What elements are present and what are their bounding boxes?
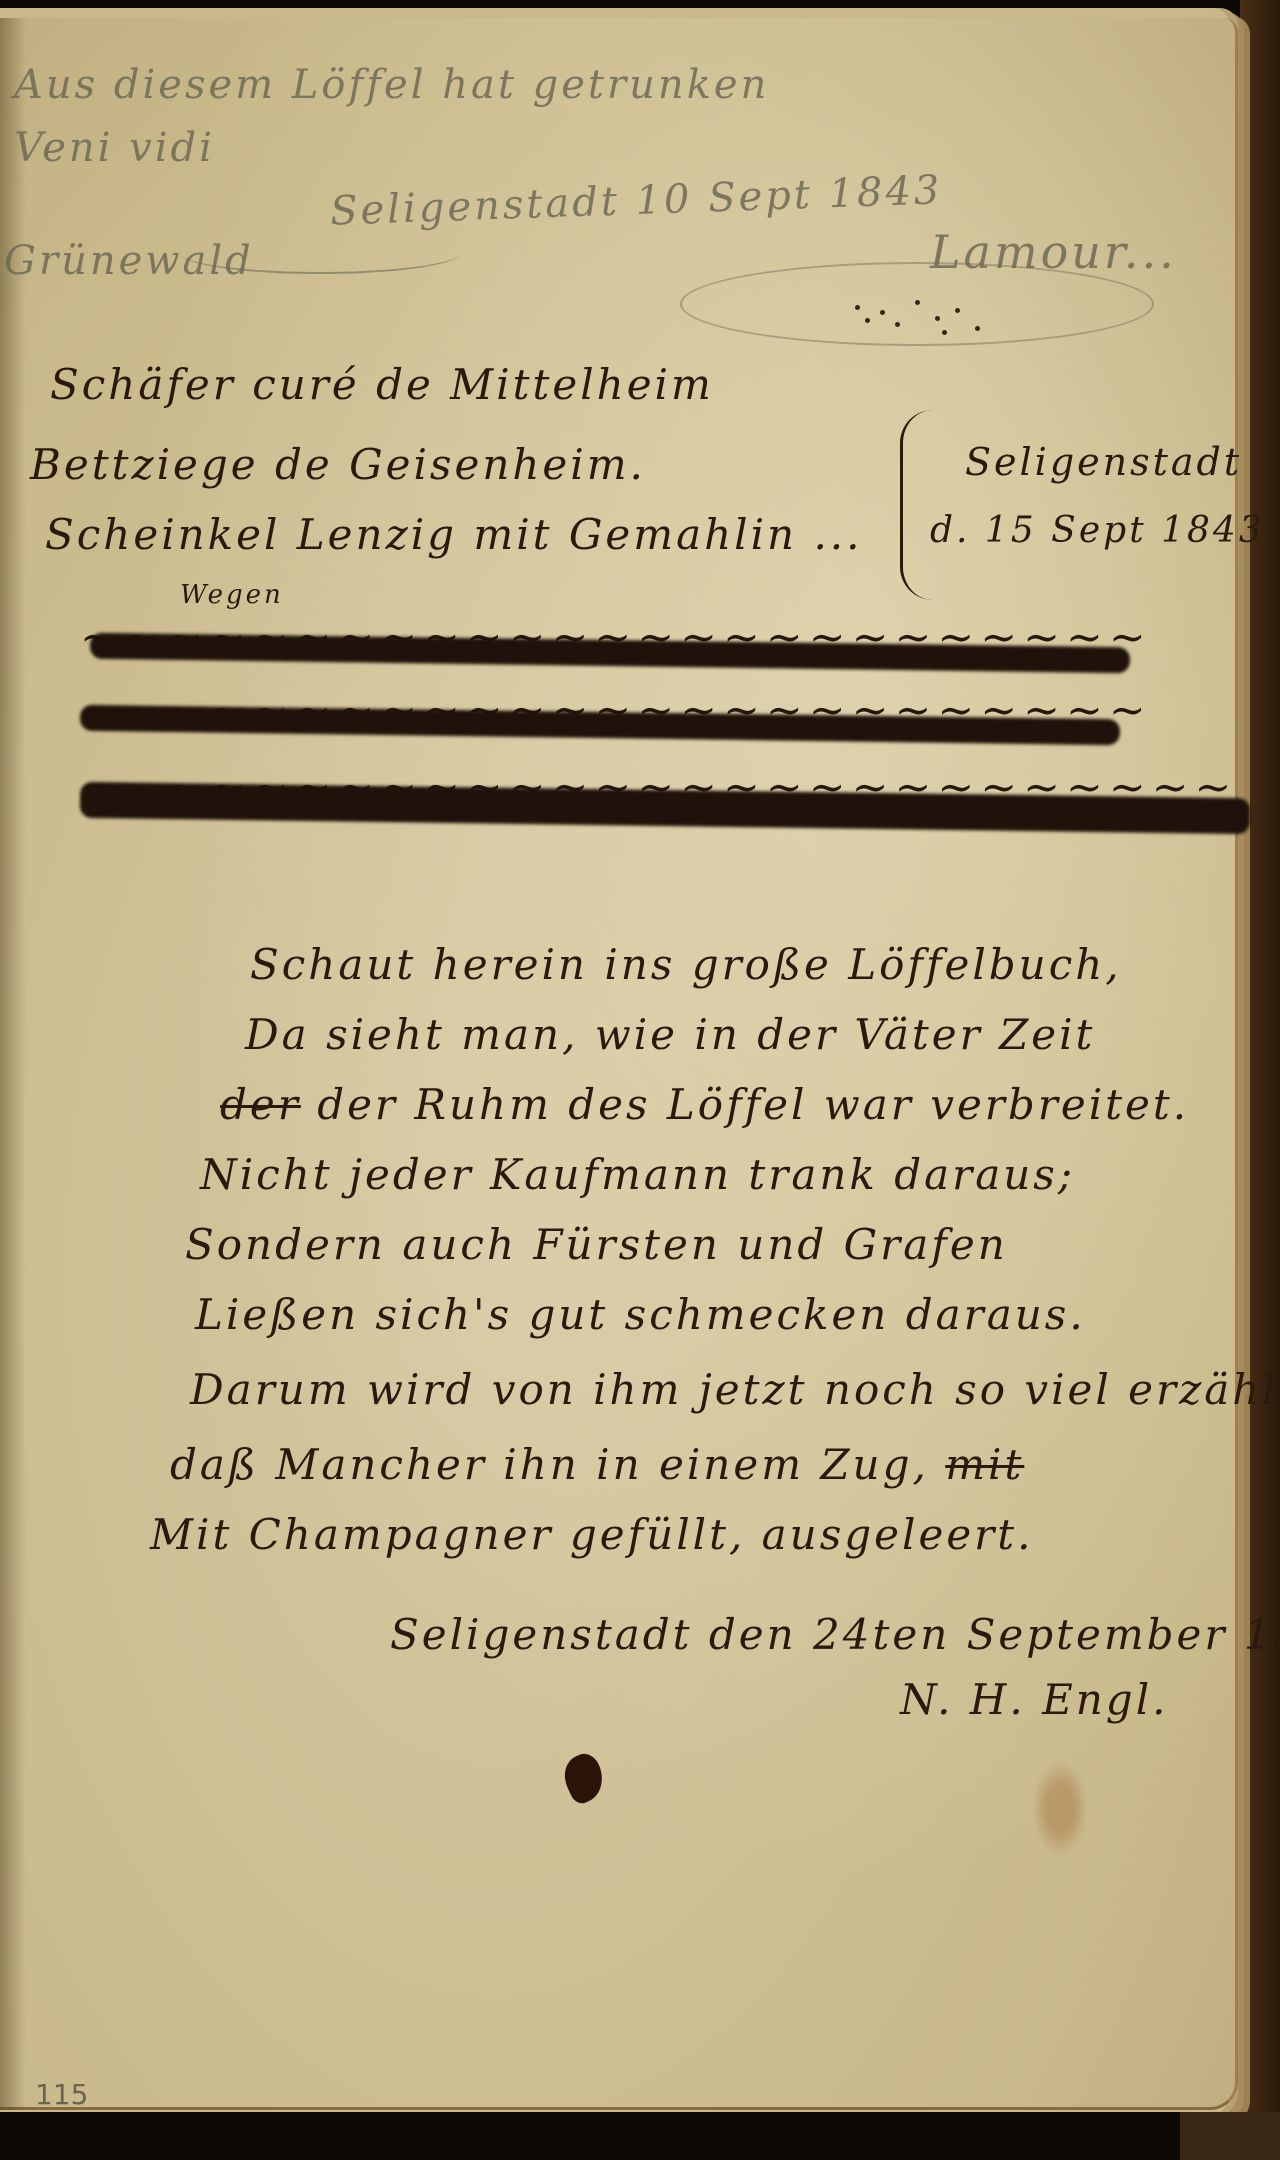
struck-word: mit: [945, 1440, 1024, 1489]
poem-line-3: der der Ruhm des Löffel war verbreitet.: [220, 1080, 1189, 1129]
entry1-date: d. 15 Sept 1843: [930, 510, 1265, 551]
closing-place-date: Seligenstadt den 24ten September 184: [390, 1610, 1280, 1659]
page-number: 115: [35, 2078, 88, 2111]
entry1-line-4: Wegen: [180, 580, 284, 610]
poem-line-6: Ließen sich's gut schmecken daraus.: [195, 1290, 1086, 1339]
wood-background: [1240, 0, 1280, 2160]
entry1-line-3: Scheinkel Lenzig mit Gemahlin ...: [45, 510, 863, 559]
struck-prefix: der: [220, 1080, 301, 1129]
poem-line-8: daß Mancher ihn in einem Zug, mit: [170, 1440, 1024, 1489]
entry1-brace: [900, 410, 933, 600]
poem-line-4: Nicht jeder Kaufmann trank daraus;: [200, 1150, 1075, 1199]
poem-line-9: Mit Champagner gefüllt, ausgeleert.: [150, 1510, 1033, 1559]
closing-signature: N. H. Engl.: [900, 1675, 1168, 1724]
entry1-line-1: Schäfer curé de Mittelheim: [50, 360, 714, 409]
entry1-line-2: Bettziege de Geisenheim.: [30, 440, 646, 489]
poem-line-1: Schaut herein ins große Löffelbuch,: [250, 940, 1122, 989]
pencil-underline: [180, 232, 460, 274]
pencil-note-line-1: Aus diesem Löffel hat getrunken: [14, 62, 769, 108]
entry1-place: Seligenstadt: [965, 440, 1242, 484]
poem-line-5: Sondern auch Fürsten und Grafen: [185, 1220, 1008, 1269]
poem-line-2: Da sieht man, wie in der Väter Zeit: [245, 1010, 1095, 1059]
poem-line-7: Darum wird von ihm jetzt noch so viel er…: [190, 1365, 1280, 1414]
pencil-note-veni-vidi: Veni vidi: [14, 125, 215, 171]
bottom-dark-edge: [0, 2112, 1280, 2160]
gutter-shadow: [0, 18, 26, 2110]
